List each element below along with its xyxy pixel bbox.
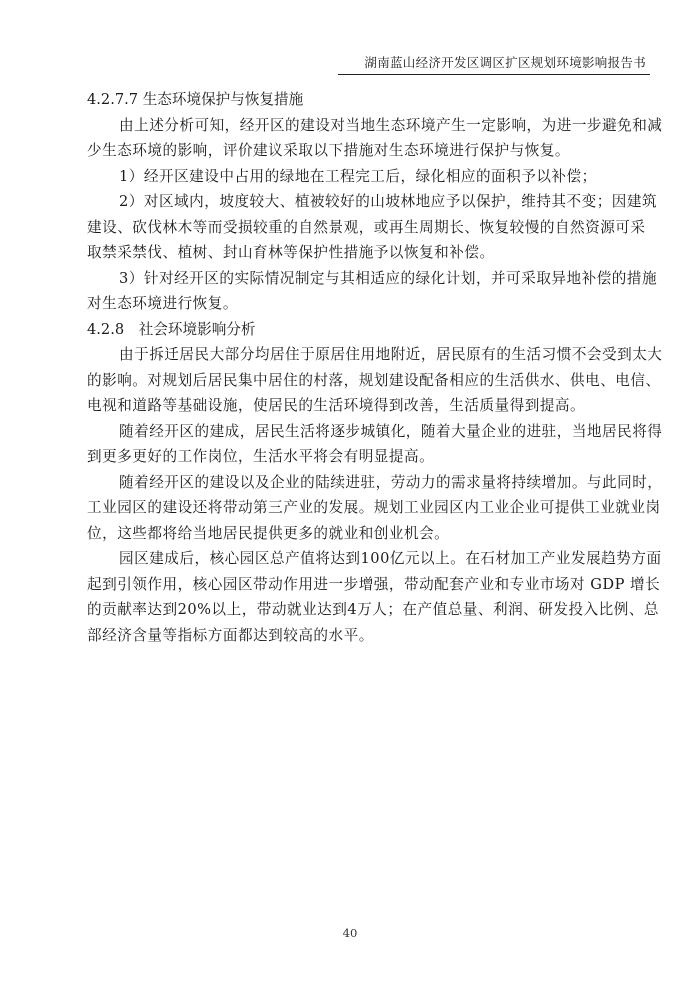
text-line: 园区建成后，核心园区总产值将达到100亿元以上。在石材加工产业发展趋势方面 — [87, 546, 633, 572]
text-line: 由上述分析可知，经开区的建设对当地生态环境产生一定影响，为进一步避免和减 — [87, 113, 633, 139]
text-line: 2）对区域内，坡度较大、植被较好的山坡林地应予以保护，维持其不变；因建筑 — [87, 189, 633, 215]
paragraph: 由于拆迁居民大部分均居住于原居住用地附近，居民原有的生活习惯不会受到太大 的影响… — [87, 342, 633, 419]
text-line: 建设、砍伐林木等而受损较重的自然景观，或再生周期长、恢复较慢的自然资源可采 — [87, 215, 633, 241]
text-line: 起到引领作用，核心园区带动作用进一步增强，带动配套产业和专业市场对 GDP 增长 — [87, 572, 633, 598]
running-header: 湖南蓝山经济开发区调区扩区规划环境影响报告书 — [338, 52, 650, 75]
page-number: 40 — [0, 926, 700, 940]
paragraph: 园区建成后，核心园区总产值将达到100亿元以上。在石材加工产业发展趋势方面 起到… — [87, 546, 633, 648]
text-line: 位，这些都将给当地居民提供更多的就业和创业机会。 — [87, 521, 633, 547]
paragraph: 随着经开区的建设以及企业的陆续进驻，劳动力的需求量将持续增加。与此同时， 工业园… — [87, 470, 633, 547]
text-line: 由于拆迁居民大部分均居住于原居住用地附近，居民原有的生活习惯不会受到太大 — [87, 342, 633, 368]
paragraph: 随着经开区的建成，居民生活将逐步城镇化，随着大量企业的进驻，当地居民将得 到更多… — [87, 419, 633, 470]
section-heading-4-2-7-7: 4.2.7.7 生态环境保护与恢复措施 — [87, 87, 633, 113]
list-item-2: 2）对区域内，坡度较大、植被较好的山坡林地应予以保护，维持其不变；因建筑 建设、… — [87, 189, 633, 266]
text-line: 取禁采禁伐、植树、封山育林等保护性措施予以恢复和补偿。 — [87, 240, 633, 266]
text-line: 少生态环境的影响，评价建议采取以下措施对生态环境进行保护与恢复。 — [87, 138, 633, 164]
text-line: 随着经开区的建设以及企业的陆续进驻，劳动力的需求量将持续增加。与此同时， — [87, 470, 633, 496]
text-line: 工业园区的建设还将带动第三产业的发展。规划工业园区内工业企业可提供工业就业岗 — [87, 495, 633, 521]
paragraph: 由上述分析可知，经开区的建设对当地生态环境产生一定影响，为进一步避免和减 少生态… — [87, 113, 633, 164]
text-line: 的贡献率达到20%以上，带动就业达到4万人；在产值总量、利润、研发投入比例、总 — [87, 597, 633, 623]
text-line: 到更多更好的工作岗位，生活水平将会有明显提高。 — [87, 444, 633, 470]
section-heading-4-2-8: 4.2.8 社会环境影响分析 — [87, 317, 633, 343]
text-line: 1）经开区建设中占用的绿地在工程完工后，绿化相应的面积予以补偿； — [87, 164, 633, 190]
running-header-title: 湖南蓝山经济开发区调区扩区规划环境影响报告书 — [364, 54, 650, 72]
list-item-1: 1）经开区建设中占用的绿地在工程完工后，绿化相应的面积予以补偿； — [87, 164, 633, 190]
text-line: 3）针对经开区的实际情况制定与其相适应的绿化计划，并可采取异地补偿的措施 — [87, 266, 633, 292]
page-body: 4.2.7.7 生态环境保护与恢复措施 由上述分析可知，经开区的建设对当地生态环… — [87, 87, 633, 648]
text-line: 部经济含量等指标方面都达到较高的水平。 — [87, 623, 633, 649]
text-line: 电视和道路等基础设施，使居民的生活环境得到改善，生活质量得到提高。 — [87, 393, 633, 419]
list-item-3: 3）针对经开区的实际情况制定与其相适应的绿化计划，并可采取异地补偿的措施 对生态… — [87, 266, 633, 317]
text-line: 随着经开区的建成，居民生活将逐步城镇化，随着大量企业的进驻，当地居民将得 — [87, 419, 633, 445]
text-line: 对生态环境进行恢复。 — [87, 291, 633, 317]
text-line: 的影响。对规划后居民集中居住的村落，规划建设配备相应的生活供水、供电、电信、 — [87, 368, 633, 394]
